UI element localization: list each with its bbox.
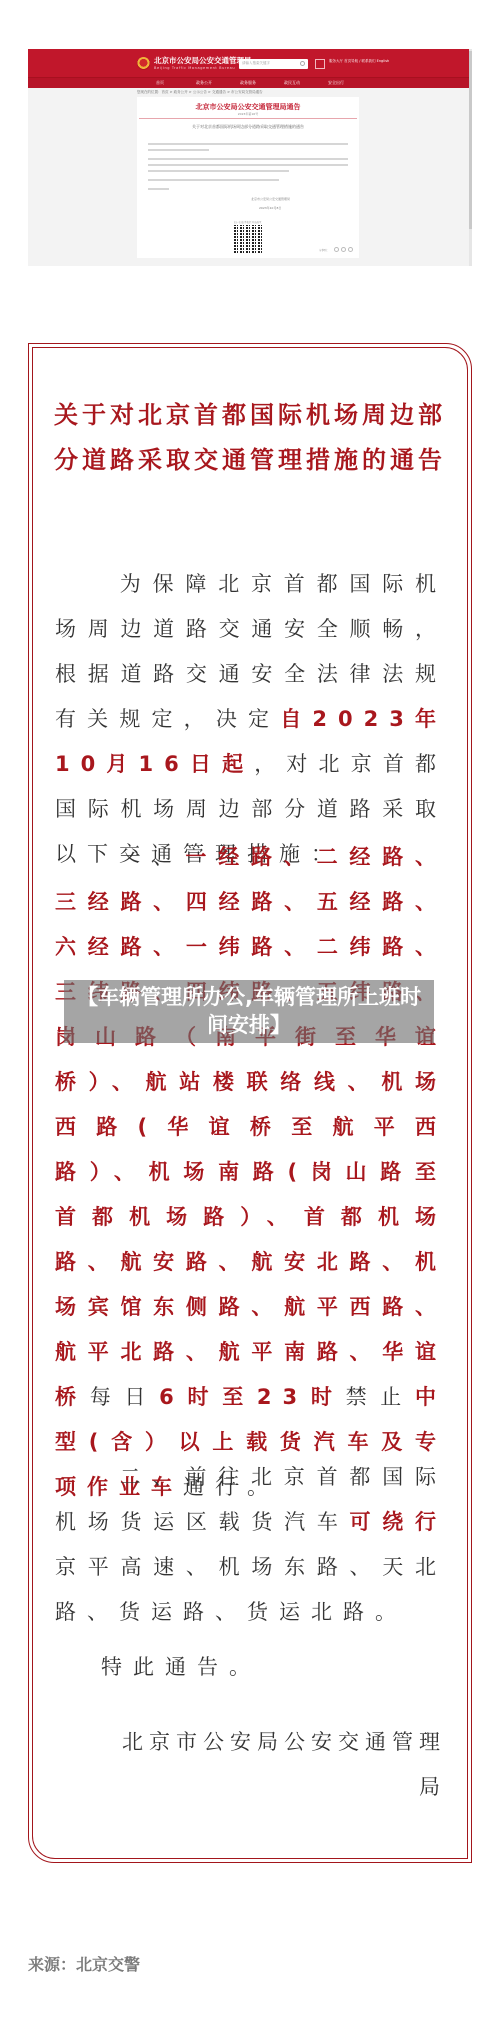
- closing-text: 特此通告。: [101, 1655, 261, 1679]
- share-qq-icon: [348, 247, 353, 252]
- measure-1-daily: 每日: [90, 1385, 159, 1409]
- nav-item-gov-service: 政务服务: [226, 78, 270, 87]
- measure-1-lead: 一、: [119, 845, 185, 869]
- restricted-roads: 一经路、二经路、三经路、四经路、五经路、六经路、一纬路、二纬路、三纬路、四纬路、…: [55, 845, 447, 1409]
- text-line: [148, 164, 348, 166]
- header-links: 服务大厅 首页导航 / 联系我们 English: [329, 59, 389, 64]
- source-credit: 来源：北京交警: [28, 1952, 140, 1975]
- paragraph-measure-2: 二、前往北京首都国际机场货运区载货汽车可绕行京平高速、机场东路、天北路、货运路、…: [55, 1455, 447, 1635]
- card-number: 2023年第16号: [137, 112, 359, 116]
- share-label: 分享到：: [319, 248, 329, 252]
- text-line: [148, 143, 348, 145]
- text-line: [148, 158, 348, 160]
- share-bar: 分享到：: [319, 247, 353, 252]
- closing: 特此通告。: [55, 1645, 447, 1690]
- measure-1-ban: 禁止: [346, 1385, 415, 1409]
- breadcrumb: 您现在的位置：首页 > 政务公开 > 公示公告 > 交通通告 > 市公安局交管局…: [137, 90, 263, 95]
- nav-item-gov-info: 政务公开: [182, 78, 226, 87]
- text-line: [148, 188, 169, 190]
- scrollbar: [469, 49, 472, 266]
- nav-item-safe-travel: 安全出行: [314, 78, 358, 87]
- notice-card: 北京市公安局公安交通管理局通告 2023年第16号 关于对北京首都国际机场周边部…: [137, 97, 359, 258]
- site-name: 北京市公安局公安交通管理局: [154, 55, 252, 66]
- divider: [139, 118, 357, 119]
- site-name-en: Beijing Traffic Management Bureau: [154, 66, 235, 70]
- caption-overlay: 【车辆管理所办公,车辆管理所上班时间安排】: [64, 980, 434, 1043]
- card-title: 北京市公安局公安交通管理局通告: [137, 102, 359, 112]
- detour-highlight: 可绕行: [350, 1510, 447, 1534]
- nav-item-home: 首页: [138, 78, 182, 87]
- app-badge-icon: [315, 59, 325, 69]
- scrollbar-thumb: [469, 51, 472, 229]
- qr-code-icon: [234, 225, 262, 253]
- site-search-input: 请输入搜索关键字: [239, 59, 308, 69]
- qr-label: 扫一扫在手机打开当前页: [234, 220, 262, 224]
- restricted-hours: 6时至23时: [159, 1385, 345, 1409]
- search-placeholder: 请输入搜索关键字: [242, 61, 270, 66]
- site-nav: 首页 政务公开 政务服务 政民互动 安全出行: [138, 78, 358, 87]
- text-line: [148, 179, 279, 181]
- measure-2-text-after: 京平高速、机场东路、天北路、货运路、货运北路。: [55, 1555, 447, 1624]
- signature: 北京市公安局公安交通管理局: [120, 1720, 446, 1810]
- card-subtitle: 关于对北京首都国际机场周边部分道路采取交通管理措施的通告: [137, 124, 359, 130]
- share-wechat-icon: [334, 247, 339, 252]
- paragraph-measure-1: 一、一经路、二经路、三经路、四经路、五经路、六经路、一纬路、二纬路、三纬路、四纬…: [55, 835, 447, 1510]
- text-line: [148, 170, 289, 172]
- search-icon: [300, 61, 305, 66]
- share-weibo-icon: [341, 247, 346, 252]
- caption-text: 【车辆管理所办公,车辆管理所上班时间安排】: [64, 983, 434, 1039]
- card-sign-date: 2023年10月8日: [259, 206, 281, 210]
- card-sign-org: 北京市公安局公安交通管理局: [251, 197, 290, 201]
- notice-title: 关于对北京首都国际机场周边部分道路采取交通管理措施的通告: [52, 393, 448, 483]
- paragraph-intro: 为保障北京首都国际机场周边道路交通安全顺畅，根据道路交通安全法律法规有关规定，决…: [55, 562, 447, 877]
- nav-item-interaction: 政民互动: [270, 78, 314, 87]
- embedded-website-screenshot: 北京市公安局公安交通管理局 Beijing Traffic Management…: [28, 49, 472, 266]
- text-line: [148, 149, 209, 151]
- police-emblem-icon: [137, 57, 150, 70]
